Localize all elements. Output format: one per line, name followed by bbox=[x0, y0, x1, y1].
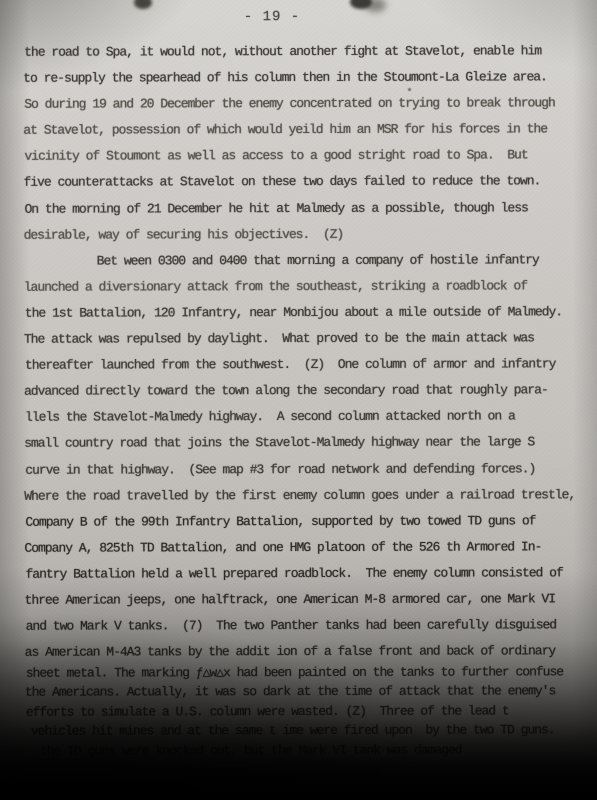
text-line: desirable, way of securing his objective… bbox=[24, 221, 586, 249]
typewritten-sheet: - 19 - the road to Spa, it would not, wi… bbox=[0, 0, 597, 800]
text-line: the TD guns were knocked out, but the Ma… bbox=[26, 740, 588, 761]
text-line: sheet metal. The marking ƒ△w△x had been … bbox=[26, 662, 588, 683]
text-line: Company B of the 99th Infantry Battalion… bbox=[25, 508, 587, 536]
text-line: five counterattacks at Stavelot on these… bbox=[23, 169, 585, 197]
text-line: curve in that highway. (See map #3 for r… bbox=[25, 456, 587, 484]
text-line: vehicles hit mines and at the same t ime… bbox=[25, 720, 587, 741]
text-line: fantry Battalion held a well prepared ro… bbox=[25, 560, 587, 588]
document-photo: - 19 - the road to Spa, it would not, wi… bbox=[0, 0, 597, 800]
text-line: the road to Spa, it would not, without a… bbox=[24, 38, 586, 66]
text-line: llels the Stavelot-Malmedy highway. A se… bbox=[25, 404, 587, 432]
text-line: the Americans. Actually, it was so dark … bbox=[25, 682, 587, 703]
text-line: The attack was repulsed by daylight. Wha… bbox=[24, 325, 586, 353]
text-line: advanced directly toward the town along … bbox=[24, 377, 586, 405]
body-text-upper: the road to Spa, it would not, without a… bbox=[23, 38, 587, 666]
text-line: to re-supply the spearhead of his column… bbox=[23, 64, 585, 92]
text-line: small country road that joins the Stavel… bbox=[24, 430, 586, 458]
text-line: launched a diversionary attack from the … bbox=[24, 273, 586, 301]
page-number: - 19 - bbox=[0, 8, 545, 25]
text-line: the 1st Battalion, 120 Infantry, near Mo… bbox=[25, 299, 587, 327]
text-line: Bet ween 0300 and 0400 that morning a co… bbox=[25, 247, 587, 275]
text-line: So during 19 and 20 December the enemy c… bbox=[24, 90, 586, 118]
text-line: and two Mark V tanks. (7) The two Panthe… bbox=[26, 612, 588, 640]
text-line: three American jeeps, one halftrack, one… bbox=[24, 586, 586, 614]
text-line: efforts to simulate a U.S. column were w… bbox=[26, 701, 588, 722]
text-line: vicinity of Stoumont as well as access t… bbox=[24, 143, 586, 171]
illegible-text-smudge bbox=[168, 762, 480, 771]
text-line: at Stavelot, possession of which would y… bbox=[23, 117, 585, 145]
text-line: On the morning of 21 December he hit at … bbox=[24, 195, 586, 223]
text-line: Company A, 825th TD Battalion, and one H… bbox=[24, 534, 586, 562]
text-line: Where the road travelled by the first en… bbox=[24, 482, 586, 510]
text-line: thereafter launched from the southwest. … bbox=[25, 351, 587, 379]
body-text-lower: sheet metal. The marking ƒ△w△x had been … bbox=[25, 662, 587, 760]
